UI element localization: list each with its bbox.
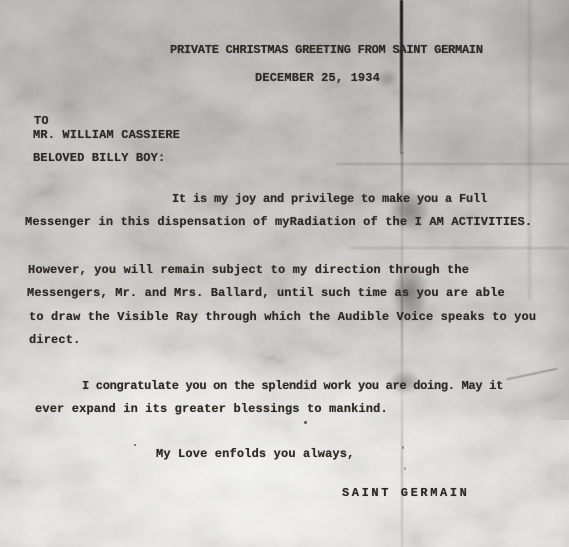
body-line: Messengers, Mr. and Mrs. Ballard, until … <box>27 286 505 300</box>
crease-horizontal <box>350 247 569 249</box>
body-line: to draw the Visible Ray through which th… <box>29 310 536 324</box>
crease-diagonal <box>506 368 557 381</box>
body-line: It is my joy and privilege to make you a… <box>172 192 487 206</box>
salutation: BELOVED BILLY BOY: <box>33 151 165 165</box>
crease-right-faint <box>528 0 531 300</box>
ink-speck <box>404 467 406 470</box>
letter-scan: PRIVATE CHRISTMAS GREETING FROM SAINT GE… <box>0 0 569 547</box>
ink-smudge <box>382 182 436 238</box>
letter-date: DECEMBER 25, 1934 <box>255 71 380 85</box>
ink-speck <box>304 421 307 424</box>
ink-speck <box>134 444 136 446</box>
body-line: ever expand in its greater blessings to … <box>35 402 388 416</box>
closing-line: My Love enfolds you always, <box>156 447 354 461</box>
fold-crease-vertical <box>400 0 403 154</box>
right-edge-shade <box>538 0 569 420</box>
body-line: direct. <box>29 333 80 347</box>
body-line: I congratulate you on the splendid work … <box>82 379 503 393</box>
signature: SAINT GERMAIN <box>342 486 469 500</box>
ink-speck <box>402 446 404 449</box>
letter-title: PRIVATE CHRISTMAS GREETING FROM SAINT GE… <box>170 43 483 57</box>
to-label: TO <box>34 114 49 128</box>
body-line: Messenger in this dispensation of myRadi… <box>25 215 532 229</box>
body-line: However, you will remain subject to my d… <box>28 263 469 277</box>
recipient-name: MR. WILLIAM CASSIERE <box>33 128 180 142</box>
crease-horizontal <box>336 163 569 165</box>
